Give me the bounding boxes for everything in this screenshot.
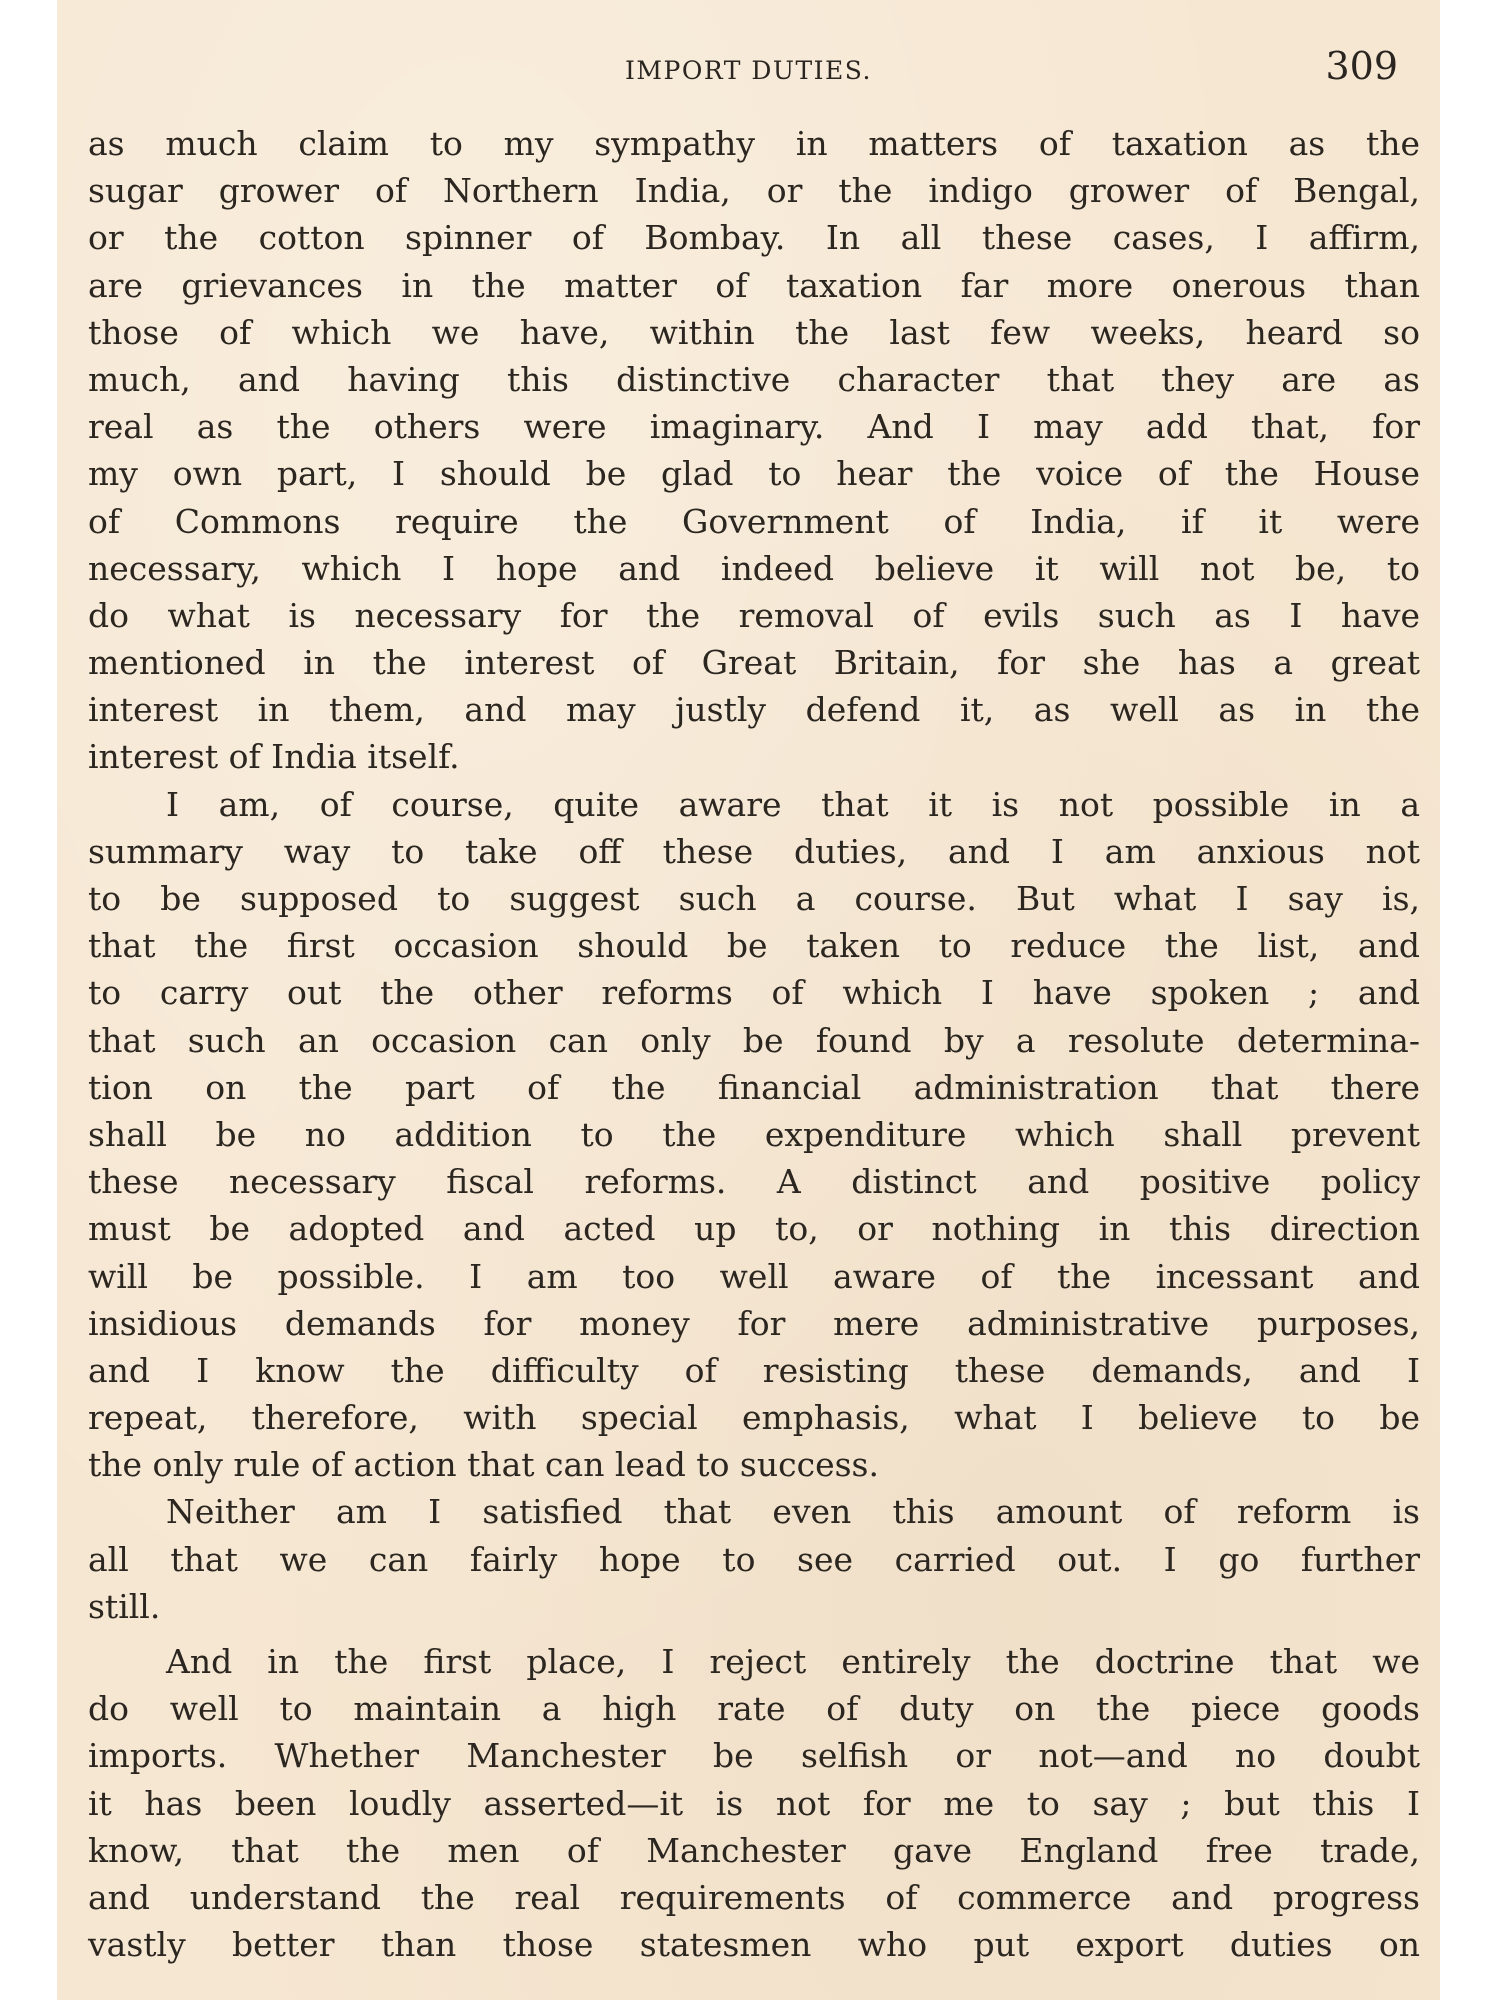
body-text: as much claim to my sympathy in matters … xyxy=(88,120,1420,1968)
text-line: mentioned in the interest of Great Brita… xyxy=(88,639,1420,686)
text-line: tion on the part of the financial admini… xyxy=(88,1064,1420,1111)
text-line: that such an occasion can only be found … xyxy=(88,1017,1420,1064)
text-line: interest in them, and may justly defend … xyxy=(88,686,1420,733)
text-line: repeat, therefore, with special emphasis… xyxy=(88,1394,1420,1441)
text-line: the only rule of action that can lead to… xyxy=(88,1441,1420,1488)
text-line: much, and having this distinctive charac… xyxy=(88,356,1420,403)
text-line: necessary, which I hope and indeed belie… xyxy=(88,545,1420,592)
text-line: all that we can fairly hope to see carri… xyxy=(88,1536,1420,1583)
text-line: sugar grower of Northern India, or the i… xyxy=(88,167,1420,214)
text-line: vastly better than those statesmen who p… xyxy=(88,1921,1420,1968)
text-line: shall be no addition to the expenditure … xyxy=(88,1111,1420,1158)
text-line: will be possible. I am too well aware of… xyxy=(88,1253,1420,1300)
paragraph-spacer xyxy=(88,1630,1420,1638)
running-header: IMPORT DUTIES. 309 xyxy=(57,52,1440,92)
book-page: IMPORT DUTIES. 309 as much claim to my s… xyxy=(57,0,1440,2000)
paragraph-3: Neither am I satisfied that even this am… xyxy=(88,1488,1420,1630)
paragraph-1: as much claim to my sympathy in matters … xyxy=(88,120,1420,781)
paragraph-4: And in the first place, I reject entirel… xyxy=(88,1638,1420,1968)
text-line: interest of India itself. xyxy=(88,733,1420,780)
text-line: of Commons require the Government of Ind… xyxy=(88,498,1420,545)
text-line: imports. Whether Manchester be selfish o… xyxy=(88,1732,1420,1779)
text-line: And in the first place, I reject entirel… xyxy=(88,1638,1420,1685)
text-line: must be adopted and acted up to, or noth… xyxy=(88,1205,1420,1252)
text-line: do well to maintain a high rate of duty … xyxy=(88,1685,1420,1732)
text-line: know, that the men of Manchester gave En… xyxy=(88,1827,1420,1874)
text-line: it has been loudly asserted—it is not fo… xyxy=(88,1780,1420,1827)
text-line: Neither am I satisfied that even this am… xyxy=(88,1488,1420,1535)
text-line: still. xyxy=(88,1583,1420,1630)
text-line: those of which we have, within the last … xyxy=(88,309,1420,356)
text-line: to carry out the other reforms of which … xyxy=(88,969,1420,1016)
text-line: that the first occasion should be taken … xyxy=(88,922,1420,969)
text-line: real as the others were imaginary. And I… xyxy=(88,403,1420,450)
text-line: or the cotton spinner of Bombay. In all … xyxy=(88,214,1420,261)
text-line: as much claim to my sympathy in matters … xyxy=(88,120,1420,167)
text-line: are grievances in the matter of taxation… xyxy=(88,262,1420,309)
text-line: summary way to take off these duties, an… xyxy=(88,828,1420,875)
text-line: I am, of course, quite aware that it is … xyxy=(88,781,1420,828)
running-title: IMPORT DUTIES. xyxy=(57,56,1440,85)
text-line: insidious demands for money for mere adm… xyxy=(88,1300,1420,1347)
text-line: and understand the real requirements of … xyxy=(88,1874,1420,1921)
text-line: my own part, I should be glad to hear th… xyxy=(88,450,1420,497)
text-line: and I know the difficulty of resisting t… xyxy=(88,1347,1420,1394)
paragraph-2: I am, of course, quite aware that it is … xyxy=(88,781,1420,1489)
text-line: to be supposed to suggest such a course.… xyxy=(88,875,1420,922)
text-line: these necessary fiscal reforms. A distin… xyxy=(88,1158,1420,1205)
page-number: 309 xyxy=(1325,44,1398,88)
text-line: do what is necessary for the removal of … xyxy=(88,592,1420,639)
